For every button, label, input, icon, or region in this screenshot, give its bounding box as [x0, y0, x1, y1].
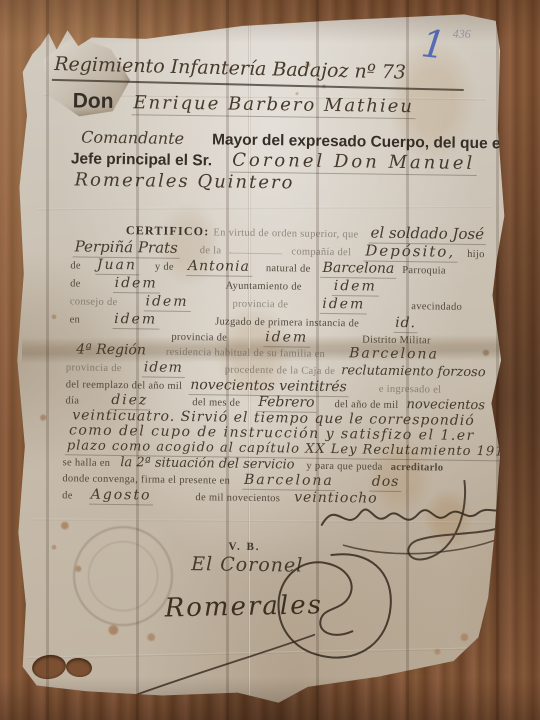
printed-text: de — [70, 260, 81, 271]
printed-text: de — [70, 278, 81, 289]
handwritten-entry: Antonia — [186, 258, 252, 277]
printed-text: consejo de — [70, 296, 118, 308]
printed-text: se halla en — [63, 457, 111, 469]
printed-text: de — [62, 490, 73, 501]
printed-text: residencia habitual de su familia en — [166, 347, 325, 360]
printed-text: e ingresado el — [379, 384, 442, 396]
printed-text: en — [70, 314, 81, 325]
vb-label: V. B. — [228, 541, 260, 553]
regiment-name: Regimiento Infantería Badajoz nº 73 — [52, 53, 408, 85]
printed-text: donde convenga, firma el presente en — [62, 473, 230, 486]
printed-text: natural de — [266, 263, 311, 275]
certifico-label: CERTIFICO: — [126, 223, 210, 238]
blue-number-annotation: 1 — [419, 21, 448, 68]
regiment-header-line: Regimiento Infantería Badajoz nº 73 — [52, 53, 465, 91]
chief-row-2: Romerales Quintero — [72, 169, 296, 193]
printed-text: compañía del — [291, 246, 351, 258]
printed-text: de la — [200, 245, 222, 256]
printed-text: provincia de — [232, 299, 288, 311]
printed-text: Ayuntamiento de — [226, 281, 302, 293]
embossed-stamp — [72, 525, 173, 626]
handwritten-entry: idem — [332, 278, 379, 297]
photo-of-document: 1 436 Regimiento Infantería Badajoz nº 7… — [0, 0, 540, 720]
handwritten-entry: idem — [112, 311, 159, 330]
handwritten-entry: Juan — [95, 257, 139, 276]
printed-text: En virtud de orden superior, que — [213, 227, 358, 240]
printed-text: del mes de — [192, 397, 240, 409]
printed-text: del año de mil — [334, 399, 398, 411]
printed-text: de mil novecientos — [195, 492, 280, 504]
handwritten-entry: idem — [320, 296, 367, 315]
embossed-stamp-inner-ring — [88, 541, 159, 612]
vb-row: V. B. — [228, 537, 260, 555]
document-paper: 1 436 Regimiento Infantería Badajoz nº 7… — [0, 0, 540, 720]
document-content: 1 436 Regimiento Infantería Badajoz nº 7… — [0, 0, 540, 720]
printed-text: Parroquia — [402, 265, 446, 277]
signature-tail-stroke — [131, 626, 322, 704]
handwritten-entry: idem — [113, 275, 160, 294]
comandante-name: Enrique Barbero Mathieu — [131, 92, 416, 119]
don-label: Don — [73, 89, 114, 113]
printed-role-2: Jefe principal el Sr. — [71, 150, 213, 169]
printed-text: y de — [155, 262, 174, 273]
rank-handwritten: Comandante — [79, 127, 186, 148]
chief-name-2: Romerales Quintero — [72, 169, 296, 194]
printed-text: hijo — [467, 249, 485, 260]
faint-number-annotation: 436 — [453, 27, 471, 42]
handwritten-entry: Agosto — [89, 487, 154, 506]
printed-text: día — [65, 395, 79, 406]
printed-text: procedente de la Caja de — [225, 365, 336, 378]
don-row: Don Enrique Barbero Mathieu — [73, 89, 417, 118]
handwritten-entry: idem — [143, 293, 190, 312]
printed-text: avecindado — [411, 301, 462, 313]
printed-text: provincia de — [66, 362, 122, 374]
blank-rule — [229, 243, 281, 255]
